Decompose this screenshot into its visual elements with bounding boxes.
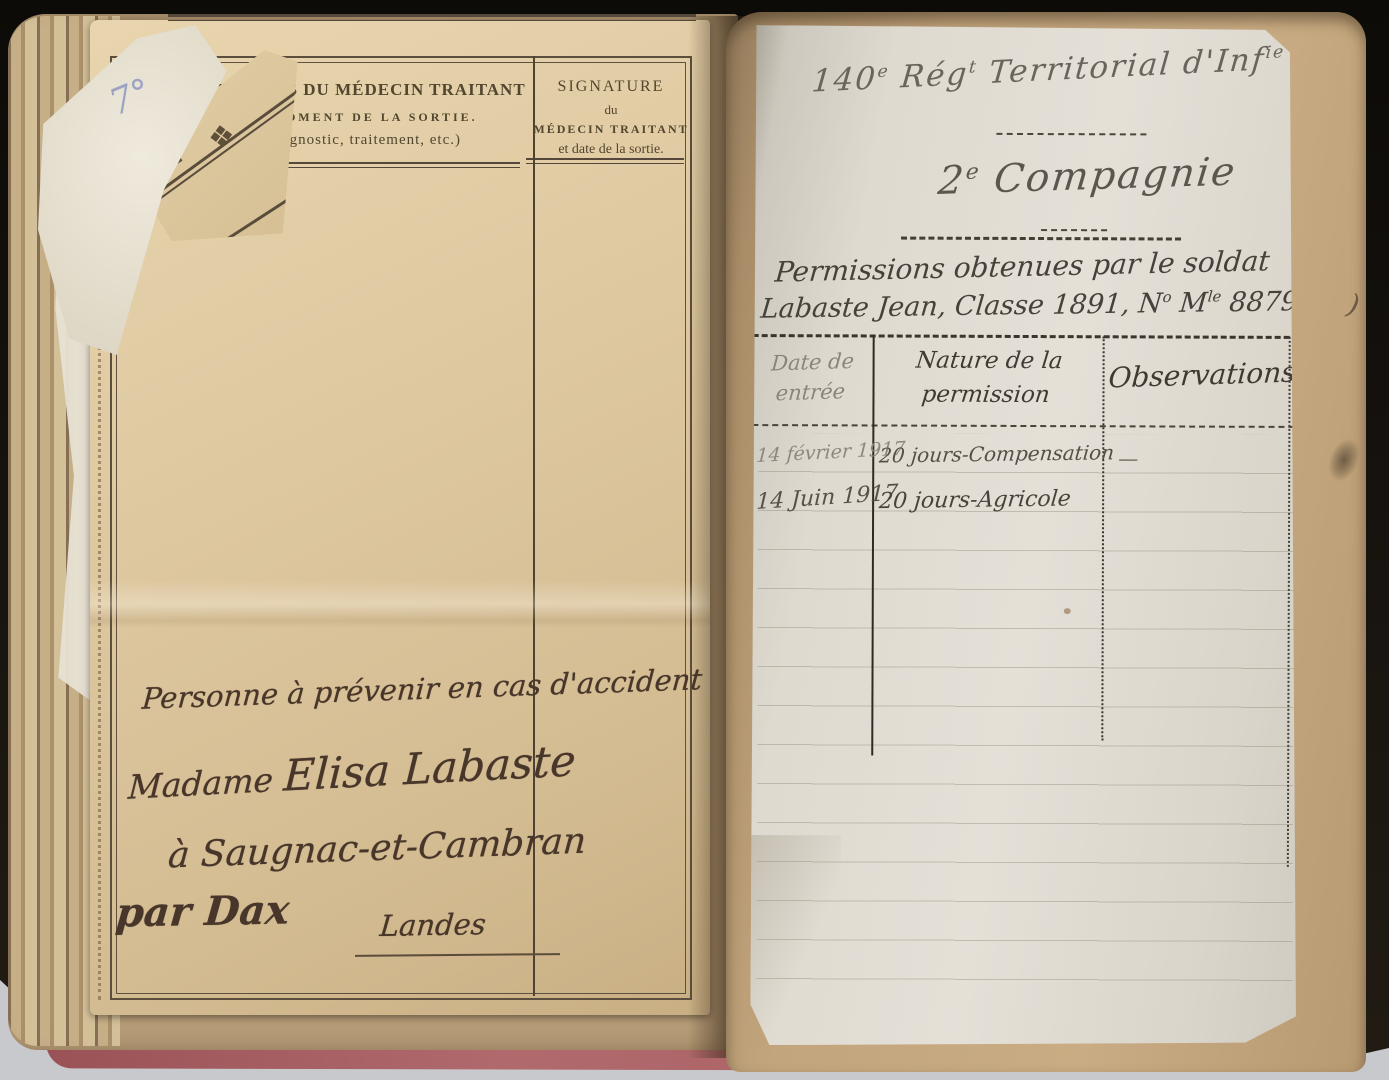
soldier-line-p1: Labaste Jean, Classe 1891, N — [759, 288, 1163, 325]
permissions-heading-line2: Labaste Jean, Classe 1891, No Mle 8879 — [759, 286, 1299, 325]
handwritten-madame: Madame — [127, 760, 284, 807]
signature-col-line3: MÉDECIN TRAITANT — [533, 122, 689, 137]
table-row1-nature: 20 jours-Compensation — [878, 440, 1115, 467]
fleuron-ornament-icon: ❖ — [206, 118, 238, 156]
company-name: Compagnie — [977, 149, 1238, 202]
paper-stain — [1064, 608, 1071, 614]
company-rule-short — [1041, 229, 1107, 231]
table-header-nature: Nature de lapermission — [873, 343, 1102, 412]
permissions-sheet: 140e Régt Territorial d'Infie 2e Compagn… — [750, 25, 1304, 1047]
regiment-mid: Rég — [887, 56, 970, 96]
page-crease — [90, 580, 710, 628]
table-header-observations: Observations — [1107, 356, 1289, 395]
header-underline-col2-thin — [526, 163, 684, 164]
permissions-heading-line1: Permissions obtenues par le soldat — [774, 244, 1271, 288]
table-header-date-line2: entrée — [752, 375, 868, 409]
signature-col-line1: SIGNATURE — [533, 78, 689, 96]
handwritten-contact-line4-right: Landes — [379, 907, 488, 943]
handwritten-contact-line4-left: par Dax — [114, 886, 291, 936]
regiment-tail: Territorial d'Inf — [976, 41, 1267, 91]
table-header-nature-line1: Nature de la — [877, 343, 1103, 378]
table-header-date: Date deentrée — [752, 345, 870, 409]
regiment-title: 140e Régt Territorial d'Infie — [810, 40, 1286, 99]
header-underline-col2 — [526, 158, 684, 160]
scanned-military-booklet: { "left_page": { "printed_header": { "co… — [0, 0, 1389, 1080]
company-title: 2e Compagnie — [936, 149, 1239, 204]
sheet-fold-shadow — [750, 835, 841, 1045]
table-header-date-line1: Date de — [755, 345, 871, 379]
table-row1-observation: — — [1118, 446, 1138, 470]
pencil-corner-mark: 7° — [104, 71, 157, 124]
table-header-underline — [752, 424, 1294, 428]
regiment-number: 140 — [810, 60, 878, 99]
title-rule — [996, 133, 1146, 136]
table-top-border — [753, 334, 1299, 339]
company-number: 2 — [936, 158, 968, 204]
soldier-line-p3: 8879 — [1219, 286, 1299, 318]
table-header-nature-line2: permission — [873, 377, 1099, 412]
signature-col-line2: du — [533, 102, 689, 118]
company-rule-long — [901, 237, 1181, 241]
signature-col-line4: et date de la sortie. — [533, 142, 689, 158]
top-rule-thick — [168, 14, 696, 17]
top-rule-thin — [168, 20, 696, 21]
soldier-line-p2: M — [1170, 288, 1209, 320]
table-row2-nature: 20 jours-Agricole — [878, 486, 1072, 514]
